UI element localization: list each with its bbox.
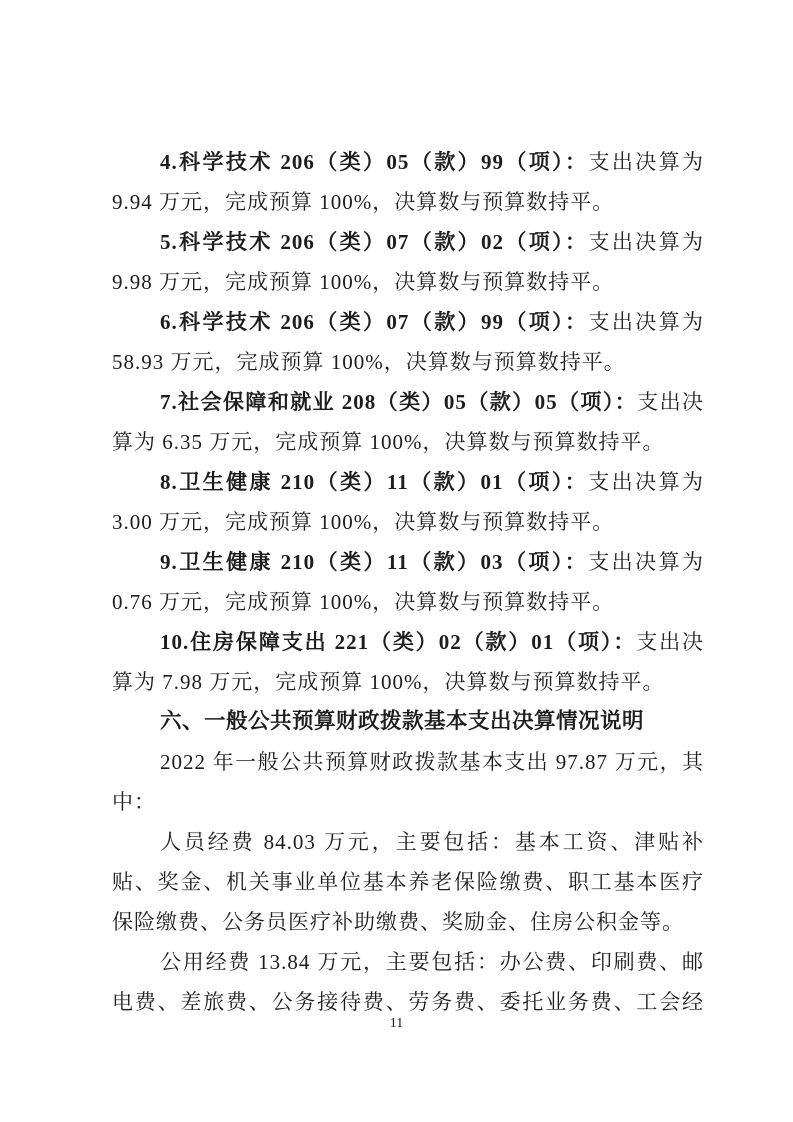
budget-item-8: 8.卫生健康 210（类）11（款）01（项）：支出决算为 3.00 万元，完成… (112, 462, 704, 542)
budget-item-9-lead: 9.卫生健康 210（类）11（款）03（项）： (160, 550, 588, 574)
document-page: 4.科学技术 206（类）05（款）99（项）：支出决算为 9.94 万元，完成… (0, 0, 793, 1122)
budget-item-6: 6.科学技术 206（类）07（款）99（项）：支出决算为 58.93 万元，完… (112, 302, 704, 382)
budget-item-5: 5.科学技术 206（类）07（款）02（项）：支出决算为 9.98 万元，完成… (112, 222, 704, 302)
paragraph-personnel-expenses: 人员经费 84.03 万元，主要包括：基本工资、津贴补贴、奖金、机关事业单位基本… (112, 822, 704, 942)
budget-item-6-lead: 6.科学技术 206（类）07（款）99（项）： (160, 310, 588, 334)
page-number: 11 (0, 1014, 793, 1034)
budget-item-4: 4.科学技术 206（类）05（款）99（项）：支出决算为 9.94 万元，完成… (112, 142, 704, 222)
budget-item-9: 9.卫生健康 210（类）11（款）03（项）：支出决算为 0.76 万元，完成… (112, 542, 704, 622)
budget-item-7-lead: 7.社会保障和就业 208（类）05（款）05（项）： (160, 390, 637, 414)
budget-item-10-lead: 10.住房保障支出 221（类）02（款）01（项）： (160, 630, 636, 654)
document-content: 4.科学技术 206（类）05（款）99（项）：支出决算为 9.94 万元，完成… (112, 142, 704, 1022)
section-heading: 六、一般公共预算财政拨款基本支出决算情况说明 (112, 702, 704, 742)
budget-item-8-lead: 8.卫生健康 210（类）11（款）01（项）： (160, 470, 588, 494)
budget-item-10: 10.住房保障支出 221（类）02（款）01（项）：支出决算为 7.98 万元… (112, 622, 704, 702)
budget-item-7: 7.社会保障和就业 208（类）05（款）05（项）：支出决算为 6.35 万元… (112, 382, 704, 462)
paragraph-public-expenses: 公用经费 13.84 万元，主要包括：办公费、印刷费、邮电费、差旅费、公务接待费… (112, 942, 704, 1022)
budget-item-5-lead: 5.科学技术 206（类）07（款）02（项）： (160, 230, 588, 254)
budget-item-4-lead: 4.科学技术 206（类）05（款）99（项）： (160, 150, 588, 174)
paragraph-basic-expenditure-total: 2022 年一般公共预算财政拨款基本支出 97.87 万元，其中： (112, 742, 704, 822)
